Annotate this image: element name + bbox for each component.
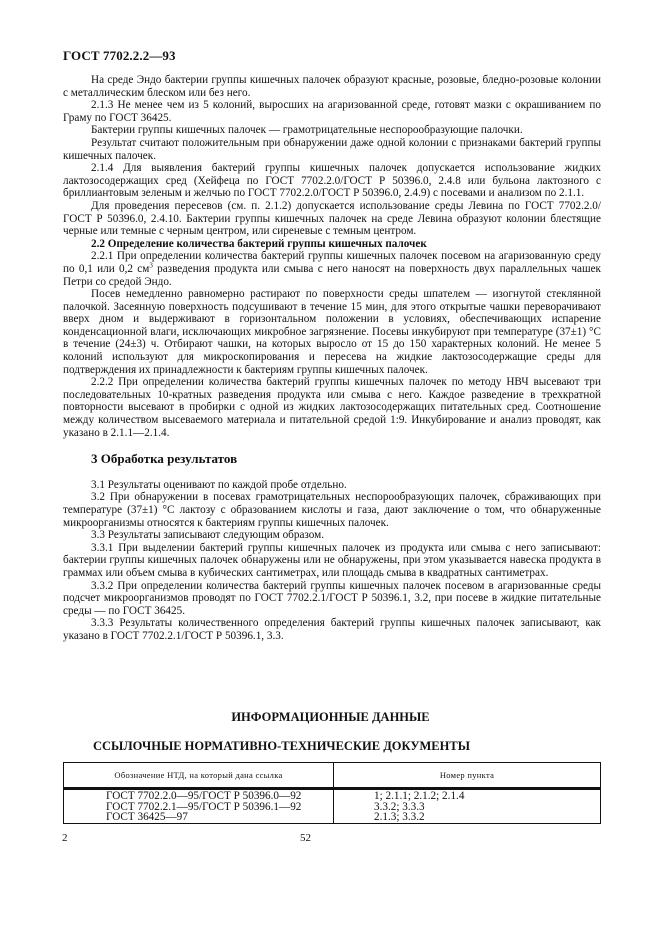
cell-clause: 2.1.3; 3.3.2 bbox=[334, 812, 601, 823]
table-row: ГОСТ 7702.2.0—95/ГОСТ Р 50396.0—92 1; 2.… bbox=[64, 789, 601, 802]
paragraph: Посев немедленно равномерно растирают по… bbox=[63, 288, 601, 376]
references-title: ССЫЛОЧНЫЕ НОРМАТИВНО-ТЕХНИЧЕСКИЕ ДОКУМЕН… bbox=[93, 739, 470, 754]
paragraph: 3.3.3 Результаты количественного определ… bbox=[63, 617, 601, 642]
cell-ntd: ГОСТ 7702.2.0—95/ГОСТ Р 50396.0—92 bbox=[64, 789, 334, 802]
references-table: Обозначение НТД, на который дана ссылка … bbox=[63, 762, 601, 824]
paragraph: 2.1.3 Не менее чем из 5 колоний, выросши… bbox=[63, 99, 601, 124]
column-header-clause: Номер пункта bbox=[334, 763, 601, 789]
table-row: ГОСТ 36425—97 2.1.3; 3.3.2 bbox=[64, 812, 601, 823]
page-number-left: 2 bbox=[62, 832, 68, 844]
table-header-row: Обозначение НТД, на который дана ссылка … bbox=[64, 763, 601, 789]
chapter-heading: 3 Обработка результатов bbox=[63, 453, 601, 466]
cell-clause: 1; 2.1.1; 2.1.2; 2.1.4 bbox=[334, 789, 601, 802]
paragraph: 3.3.2 При определении количества бактери… bbox=[63, 580, 601, 618]
info-title: ИНФОРМАЦИОННЫЕ ДАННЫЕ bbox=[0, 710, 661, 725]
paragraph: 2.1.4 Для выявления бактерий группы кише… bbox=[63, 162, 601, 200]
paragraph: 2.2.1 При определении количества бактери… bbox=[63, 250, 601, 288]
section-heading: 2.2 Определение количества бактерий груп… bbox=[63, 238, 601, 251]
paragraph: 3.2 При обнаружении в посевах грамотрица… bbox=[63, 491, 601, 529]
paragraph: Результат считают положительным при обна… bbox=[63, 137, 601, 162]
document-id: ГОСТ 7702.2.2—93 bbox=[63, 48, 176, 64]
paragraph: 2.2.2 При определении количества бактери… bbox=[63, 376, 601, 439]
document-body: На среде Эндо бактерии группы кишечных п… bbox=[63, 74, 601, 643]
cell-ntd: ГОСТ 36425—97 bbox=[64, 812, 334, 823]
paragraph: Бактерии группы кишечных палочек — грамо… bbox=[63, 124, 601, 137]
paragraph: 3.3.1 При выделении бактерий группы кише… bbox=[63, 542, 601, 580]
paragraph: Для проведения пересевов (см. п. 2.1.2) … bbox=[63, 200, 601, 238]
paragraph: 3.1 Результаты оценивают по каждой пробе… bbox=[63, 479, 601, 492]
cell-ntd: ГОСТ 7702.2.1—95/ГОСТ Р 50396.1—92 bbox=[64, 802, 334, 813]
column-header-ntd: Обозначение НТД, на который дана ссылка bbox=[64, 763, 334, 789]
document-page: ГОСТ 7702.2.2—93 На среде Эндо бактерии … bbox=[0, 0, 661, 936]
paragraph: На среде Эндо бактерии группы кишечных п… bbox=[63, 74, 601, 99]
page-number-center: 52 bbox=[300, 832, 311, 844]
paragraph: 3.3 Результаты записывают следующим обра… bbox=[63, 529, 601, 542]
